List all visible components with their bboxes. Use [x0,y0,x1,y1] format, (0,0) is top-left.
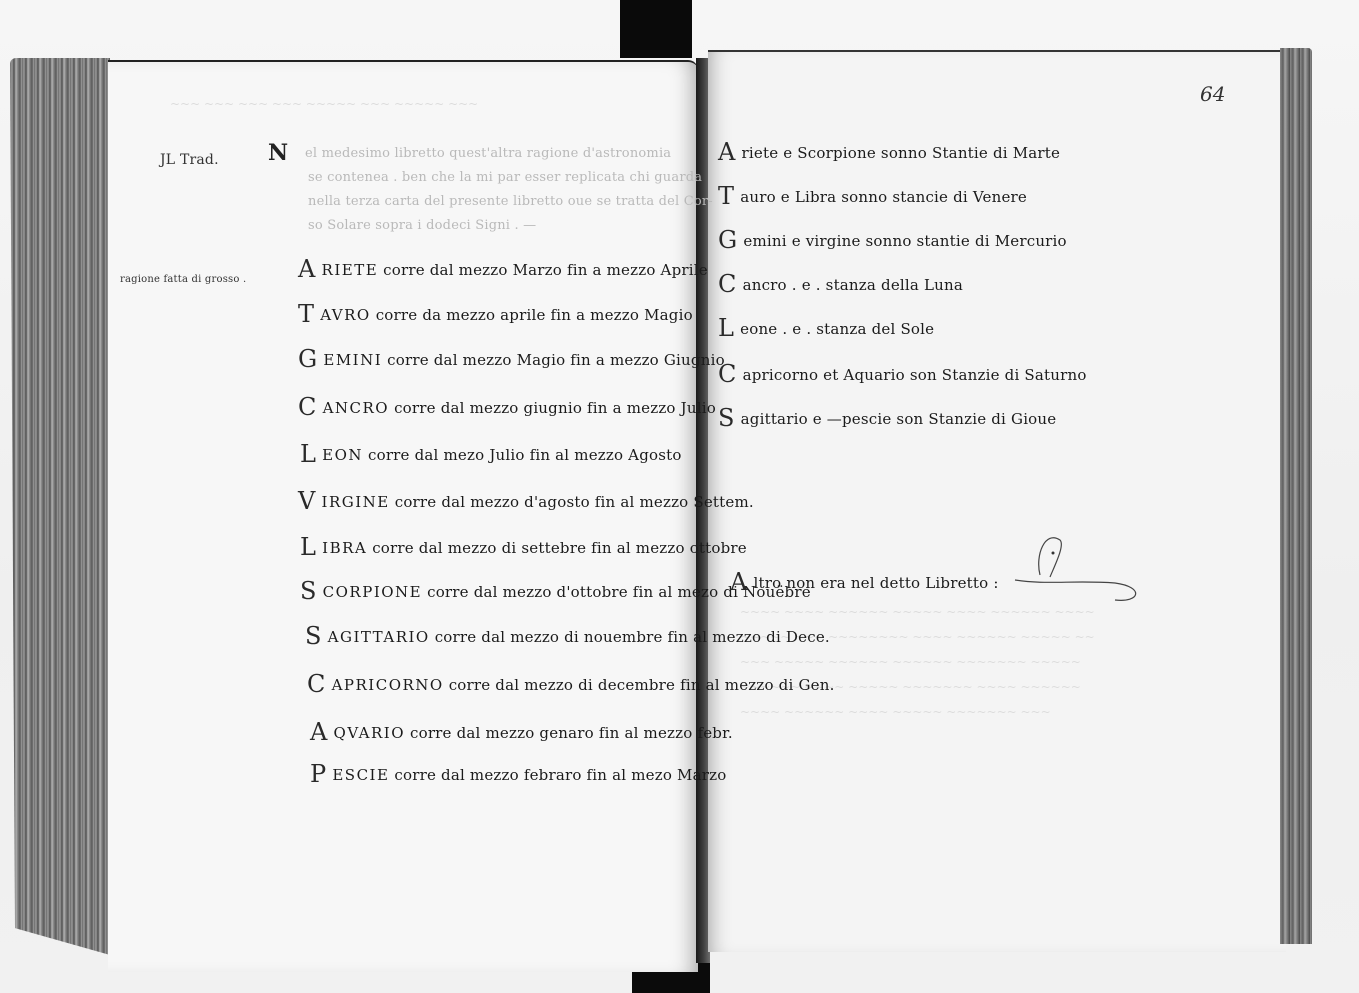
zodiac-sign-line: CANCRO corre dal mezzo giugnio fin a mez… [298,393,716,421]
sign-name: RIETE [322,261,379,279]
sign-initial: A [298,255,316,283]
planet-house-line: Gemini e virgine sonno stantie di Mercur… [718,226,1067,254]
line-initial: T [718,182,734,210]
sign-text: corre dal mezzo Marzo fin a mezzo Aprile [383,261,708,279]
sign-name: IBRA [322,539,367,557]
line-initial: L [718,314,734,342]
line-text: ancro . e . stanza della Luna [743,276,963,294]
planet-house-line: Ariete e Scorpione sonno Stantie di Mart… [718,138,1060,166]
closing-line: Altro non era nel detto Libretto : [730,568,999,596]
intro-line: se contenea . ben che la mi par esser re… [308,170,702,185]
bleed-through-text: ~~~ ~~~~~ ~~~~~~ ~~~~~~ ~~~~~~~ ~~~~~ [740,655,1081,669]
zodiac-sign-line: LEON corre dal mezo Julio fin al mezzo A… [300,440,682,468]
line-text: auro e Libra sonno stancie di Venere [740,188,1027,206]
sign-initial: S [300,577,317,605]
sign-text: corre dal mezo Julio fin al mezzo Agosto [368,446,682,464]
intro-line: el medesimo libretto quest'altra ragione… [305,146,671,161]
line-initial: S [718,404,735,432]
sign-initial: V [298,487,316,515]
planet-house-line: Tauro e Libra sonno stancie di Venere [718,182,1027,210]
sign-name: IRGINE [322,493,390,511]
flourish-icon [1005,525,1145,605]
zodiac-sign-line: SAGITTARIO corre dal mezzo di nouembre f… [305,622,830,650]
zodiac-sign-line: PESCIE corre dal mezzo febraro fin al me… [310,760,726,788]
sign-name: QVARIO [334,724,405,742]
sign-name: ESCIE [332,766,389,784]
sign-initial: G [298,345,317,373]
line-text: agittario e —pescie son Stanzie di Gioue [741,410,1057,428]
sign-initial: S [305,622,322,650]
zodiac-sign-line: CAPRICORNO corre dal mezzo di decembre f… [307,670,835,698]
zodiac-sign-line: GEMINI corre dal mezzo Magio fin a mezzo… [298,345,725,373]
sign-text: corre dal mezzo di settebre fin al mezzo… [372,539,747,557]
sign-initial: L [300,533,316,561]
planet-house-line: Leone . e . stanza del Sole [718,314,934,342]
page-number: 64 [1200,82,1225,106]
sign-name: AGITTARIO [328,628,430,646]
planet-house-line: Sagittario e —pescie son Stanzie di Giou… [718,404,1056,432]
sign-name: EMINI [323,351,382,369]
intro-line: so Solare sopra i dodeci Signi . — [308,218,536,233]
planet-house-line: Capricorno et Aquario son Stanzie di Sat… [718,360,1087,388]
zodiac-sign-line: TAVRO corre da mezzo aprile fin a mezzo … [298,300,693,328]
sign-name: CORPIONE [323,583,422,601]
sign-text: corre dal mezzo d'agosto fin al mezzo Se… [395,493,754,511]
right-page-edges [1280,48,1312,944]
bleed-through-text: ~~~ ~~~ ~~~ ~~~ ~~~~~ ~~~ ~~~~~ ~~~ [170,97,478,111]
translator-note: JL Trad. [160,152,219,168]
sign-initial: C [307,670,326,698]
planet-house-line: Cancro . e . stanza della Luna [718,270,963,298]
line-initial: C [718,270,737,298]
sign-text: corre dal mezzo di decembre fin al mezzo… [449,676,835,694]
zodiac-sign-line: AQVARIO corre dal mezzo genaro fin al me… [310,718,733,746]
reason-note: ragione fatta di grosso . [120,274,246,285]
sign-initial: A [310,718,328,746]
sign-initial: C [298,393,317,421]
line-text: emini e virgine sonno stantie di Mercuri… [743,232,1066,250]
line-text: riete e Scorpione sonno Stantie di Marte [742,144,1061,162]
sign-name: AVRO [320,306,371,324]
zodiac-sign-line: ARIETE corre dal mezzo Marzo fin a mezzo… [298,255,708,283]
sign-name: APRICORNO [332,676,444,694]
sign-initial: P [310,760,326,788]
bleed-through-text: ~~~~ ~~~~~~ ~~~~ ~~~~~ ~~~~~~~ ~~~ [740,705,1051,719]
line-text: apricorno et Aquario son Stanzie di Satu… [743,366,1087,384]
intro-line: nella terza carta del presente libretto … [308,194,713,209]
sign-name: ANCRO [323,399,390,417]
line-text: eone . e . stanza del Sole [740,320,934,338]
line-initial: A [718,138,736,166]
binding-clip-top [620,0,692,58]
zodiac-sign-line: VIRGINE corre dal mezzo d'agosto fin al … [298,487,754,515]
sign-initial: L [300,440,316,468]
intro-initial: N [268,140,288,166]
sign-text: corre dal mezzo di nouembre fin al mezzo… [435,628,830,646]
sign-initial: T [298,300,314,328]
zodiac-sign-line: LIBRA corre dal mezzo di settebre fin al… [300,533,747,561]
closing-initial: A [730,568,748,596]
line-initial: C [718,360,737,388]
sign-text: corre dal mezzo giugnio fin a mezzo Juli… [394,399,716,417]
sign-text: corre dal mezzo Magio fin a mezzo Giugni… [387,351,725,369]
bleed-through-text: ~~~~ ~~~~ ~~~~~~ ~~~~~ ~~~~ ~~~~~~ ~~~~ [740,605,1095,619]
sign-text: corre dal mezzo febraro fin al mezo Marz… [394,766,726,784]
sign-text: corre dal mezzo genaro fin al mezzo febr… [410,724,733,742]
line-initial: G [718,226,737,254]
left-page-edges [10,58,110,955]
sign-name: EON [322,446,363,464]
sign-text: corre da mezzo aprile fin a mezzo Magio [376,306,693,324]
closing-text: ltro non era nel detto Libretto : [754,574,999,592]
